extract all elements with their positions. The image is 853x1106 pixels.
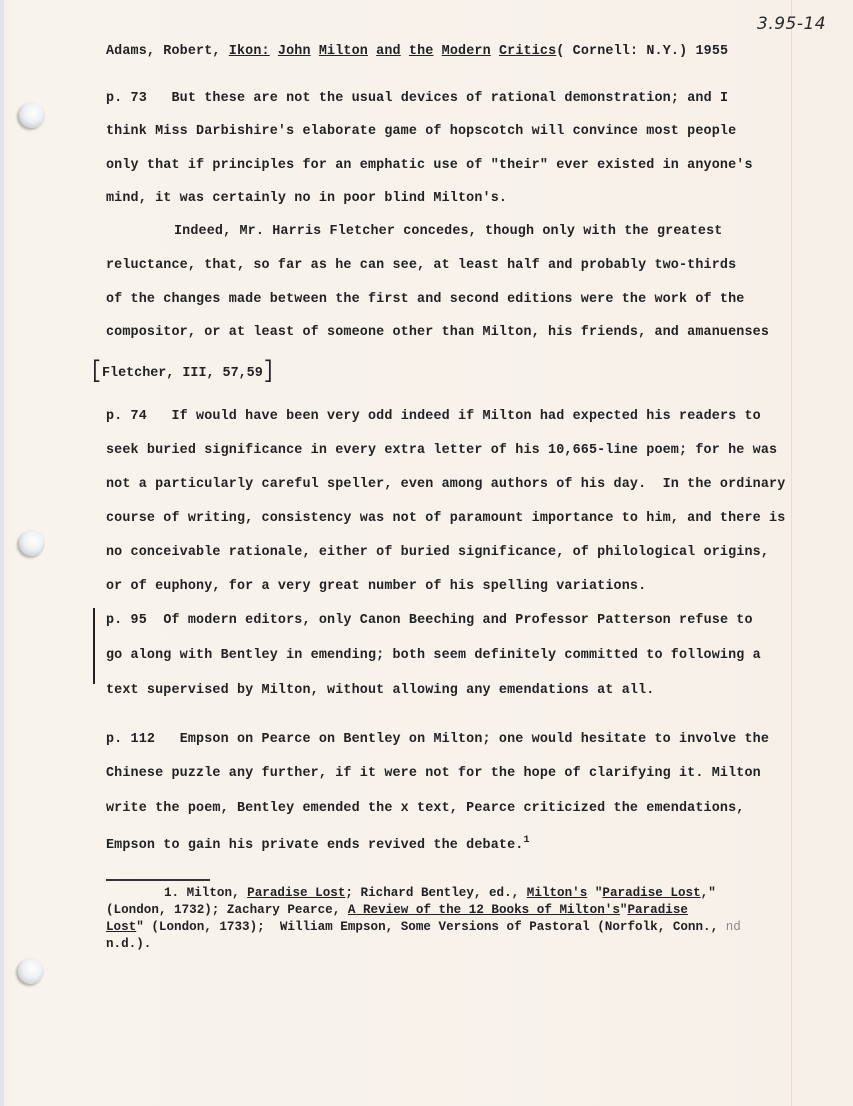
quote-line: p. 74 If would have been very odd indeed… [106,409,761,424]
quote-line: reluctance, that, so far as he can see, … [106,258,736,273]
margin-rule [791,0,792,1106]
author: Adams, Robert, [106,44,229,59]
handwritten-annotation: 3.95-14 [757,14,826,34]
punch-hole [19,530,45,556]
quote-line: Indeed, Mr. Harris Fletcher concedes, th… [174,224,722,239]
quote-line: p. 95 Of modern editors, only Canon Beec… [106,613,753,628]
footnote-line: (London, 1732); Zachary Pearce, A Review… [106,903,688,917]
quote-line: compositor, or at least of someone other… [106,325,769,340]
quote-line: p. 73 But these are not the usual device… [106,91,728,106]
footnote-rule [106,879,210,881]
quote-line: text supervised by Milton, without allow… [106,683,654,698]
quote-line: or of euphony, for a very great number o… [106,579,646,594]
margin-mark [93,608,95,684]
page-edge [0,0,4,1106]
page-ref: p. 95 [106,613,147,628]
publisher: ( Cornell: N.Y.) 1955 [556,44,728,59]
bracketed-citation: [Fletcher, III, 57,59] [90,360,275,383]
quote-line: write the poem, Bentley emended the x te… [106,801,744,816]
quote-line: of the changes made between the first an… [106,292,744,307]
footnote-line: Lost" (London, 1733); William Empson, So… [106,920,741,934]
document-page: 3.95-14 Adams, Robert, Ikon: John Milton… [0,0,853,1106]
punch-hole [18,958,44,984]
footnote-number: 1. [164,886,179,900]
page-ref: p. 112 [106,732,155,747]
page-ref: p. 73 [106,91,147,106]
page-ref: p. 74 [106,409,147,424]
footnote-line: 1. Milton, Paradise Lost; Richard Bentle… [164,886,716,900]
bibliographic-header: Adams, Robert, Ikon: John Milton and the… [106,44,728,59]
quote-line: go along with Bentley in emending; both … [106,648,761,663]
quote-line: only that if principles for an emphatic … [106,158,753,173]
quote-line: mind, it was certainly no in poor blind … [106,191,507,206]
quote-line: course of writing, consistency was not o… [106,511,785,526]
quote-line: p. 112 Empson on Pearce on Bentley on Mi… [106,732,769,747]
punch-hole [19,102,45,128]
footnote-marker: 1 [523,835,529,846]
footnote-line: n.d.). [106,937,151,951]
quote-line: seek buried significance in every extra … [106,443,777,458]
quote-line: think Miss Darbishire's elaborate game o… [106,124,736,139]
bracket-close: ] [263,358,275,386]
quote-line: Chinese puzzle any further, if it were n… [106,766,761,781]
quote-line: no conceivable rationale, either of buri… [106,545,769,560]
quote-line: not a particularly careful speller, even… [106,477,785,492]
bracket-open: [ [90,358,102,386]
quote-line: Empson to gain his private ends revived … [106,835,530,853]
